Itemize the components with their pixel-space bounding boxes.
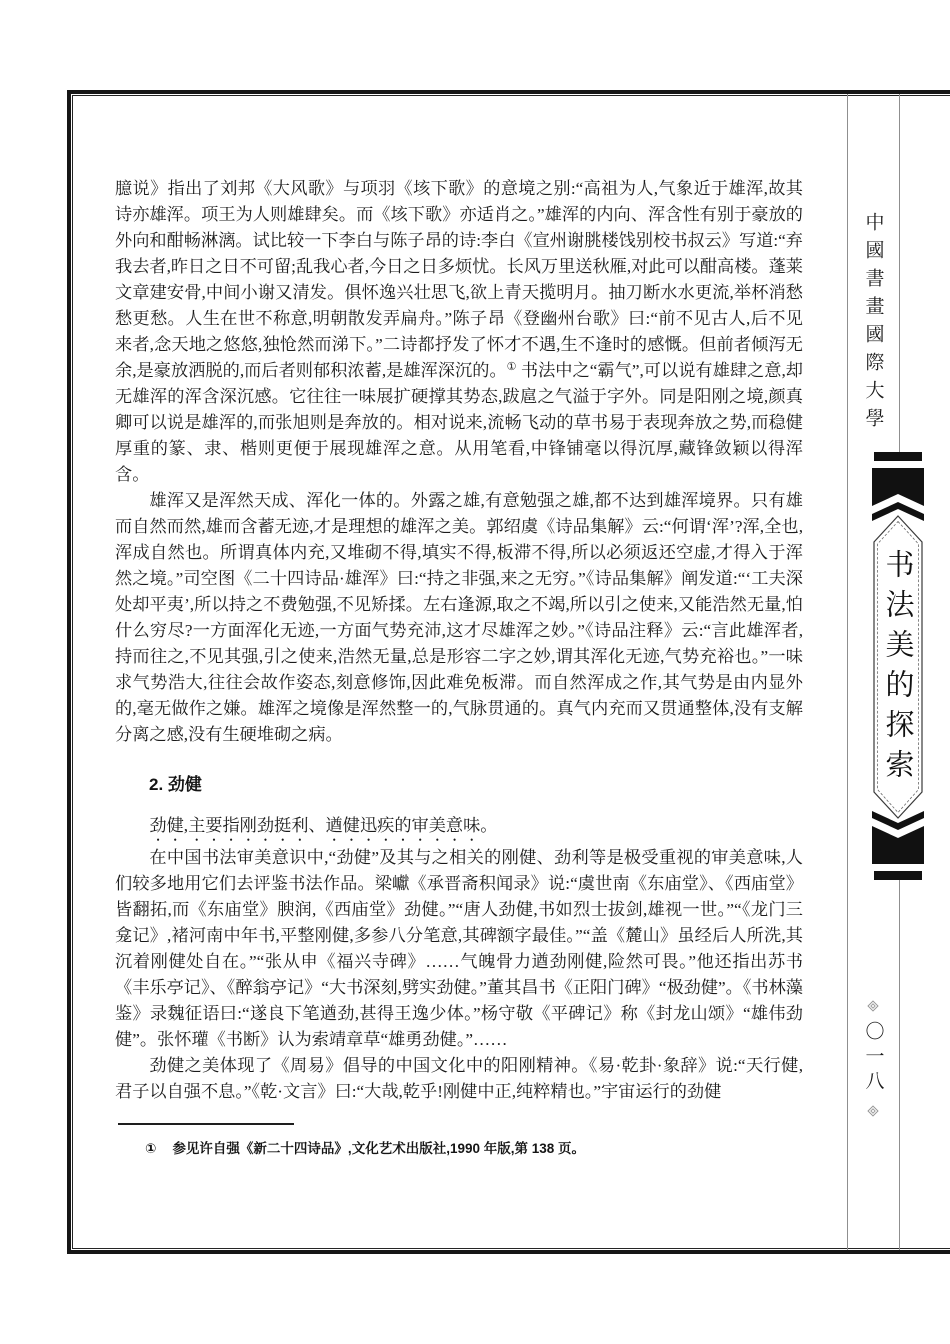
emphasized-text: 劲健,主要指刚劲挺利、遒健迅疾的审美意味 xyxy=(149,816,480,835)
page-number: 〇一八 xyxy=(847,1002,899,1115)
footnote-marker: ① xyxy=(145,1141,156,1156)
paragraph-jinjian-zhouyi: 劲健之美体现了《周易》倡导的中国文化中的阳刚精神。《易·乾卦·象辞》说:“天行健… xyxy=(115,1053,803,1105)
book-title-emblem: 书法美的探索 xyxy=(868,452,928,880)
institution-title-vertical: 中國書畫國際大學 xyxy=(860,212,887,436)
book-title-vertical: 书法美的探索 xyxy=(878,549,919,789)
diamond-ornament-bottom-icon xyxy=(867,1105,878,1116)
footnote-ref-mark: ① xyxy=(507,361,517,373)
book-page: 臆说》指出了刘邦《大风歌》与项羽《垓下歌》的意境之别:“高祖为人,气象近于雄浑,… xyxy=(0,0,950,1344)
footnote-separator xyxy=(118,1123,294,1125)
paragraph-xionghun-2: 雄浑又是浑然天成、浑化一体的。外露之雄,有意勉强之雄,都不达到雄浑境界。只有雄而… xyxy=(115,488,803,748)
footnote: ①参见许自强《新二十四诗品》,文化艺术出版社,1990 年版,第 138 页。 xyxy=(145,1139,795,1159)
diamond-ornament-top-icon xyxy=(867,1000,878,1011)
paragraph-jinjian-definition: 劲健,主要指刚劲挺利、遒健迅疾的审美意味。 xyxy=(115,813,803,845)
page-number-digits: 〇一八 xyxy=(860,1021,887,1096)
footnote-text: 参见许自强《新二十四诗品》,文化艺术出版社,1990 年版,第 138 页。 xyxy=(172,1141,585,1156)
paragraph-xionghun-1: 臆说》指出了刘邦《大风歌》与项羽《垓下歌》的意境之别:“高祖为人,气象近于雄浑,… xyxy=(115,176,803,488)
paragraph-jinjian-quotes: 在中国书法审美意识中,“劲健”及其与之相关的刚健、劲利等是极受重视的审美意味,人… xyxy=(115,845,803,1053)
paragraph-text: 。 xyxy=(480,816,497,835)
paragraph-text: 臆说》指出了刘邦《大风歌》与项羽《垓下歌》的意境之别:“高祖为人,气象近于雄浑,… xyxy=(115,179,803,380)
section-heading-jinjian: 2. 劲健 xyxy=(115,772,803,798)
body-text: 臆说》指出了刘邦《大风歌》与项羽《垓下歌》的意境之别:“高祖为人,气象近于雄浑,… xyxy=(115,176,803,1105)
